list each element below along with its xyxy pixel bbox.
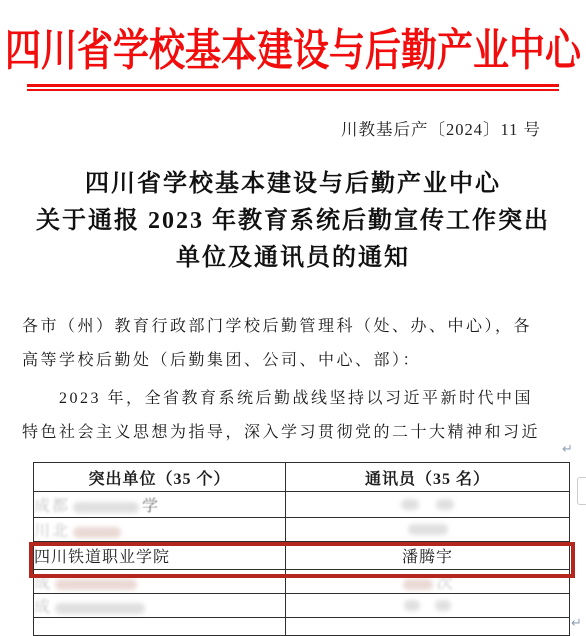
salutation-line-2: 高等学校后勤处（后勤集团、公司、中心、部）： [22,344,578,378]
unit-cell-redacted: 成 [34,570,286,594]
body-paragraph-line-1: 2023 年，全省教育系统后勤战线坚持以习近平新时代中国 [22,382,578,416]
salutation: 各市（州）教育行政部门学校后勤管理科（处、办、中心），各 高等学校后勤处（后勤集… [22,310,578,378]
paragraph-return-icon: ↵ [562,442,573,457]
table-row-redacted-4: 成 [34,594,570,618]
letterhead-divider-thin-line [27,89,559,91]
table-row-redacted-2: 川北 [34,518,570,542]
redacted-text-fragment: 成 [34,570,52,593]
redacted-text-fragment: 次 [436,570,454,593]
unit-cell-redacted: 成都学 [34,492,286,518]
award-table: 突出单位（35 个） 通讯员（35 名） 成都学 川北 [33,462,570,636]
name-cell-redacted: 次 [286,570,570,594]
column-header-communicator: 通讯员（35 名） [286,463,570,492]
document-page: 四川省学校基本建设与后勤产业中心 川教基后产〔2024〕11 号 四川省学校基本… [0,0,586,636]
redaction-smudge [435,600,451,611]
salutation-line-1: 各市（州）教育行政部门学校后勤管理科（处、办、中心），各 [22,310,578,344]
table-header-row: 突出单位（35 个） 通讯员（35 名） [34,463,570,492]
redaction-smudge [73,502,139,513]
redaction-smudge [403,579,433,590]
unit-cell-redacted: 川北 [34,518,286,542]
table-row-redacted-1: 成都学 [34,492,570,518]
name-cell-highlighted: 潘腾宇 [286,542,570,570]
notice-title: 四川省学校基本建设与后勤产业中心 关于通报 2023 年教育系统后勤宣传工作突出… [0,166,586,277]
paragraph-return-icon: ↵ [571,616,582,631]
name-cell-cutoff [286,618,570,636]
redacted-text-fragment: 学 [142,493,160,516]
column-header-unit: 突出单位（35 个） [34,463,286,492]
name-cell-redacted [286,594,570,618]
redacted-text-fragment: 川北 [34,518,70,541]
unit-cell-highlighted: 四川铁道职业学院 [34,542,286,570]
redacted-text-fragment: 成 [34,594,52,617]
redaction-smudge [73,527,121,538]
redaction-smudge [401,499,419,510]
unit-cell-redacted: 成 [34,594,286,618]
redaction-smudge [436,499,454,510]
redacted-text-fragment: 成都 [34,493,70,516]
body-paragraph-line-2: 特色社会主义思想为指导，深入学习贯彻党的二十大精神和习近 [22,416,578,450]
notice-title-line-2: 关于通报 2023 年教育系统后勤宣传工作突出 [0,203,586,240]
redaction-smudge [55,579,137,590]
table-row-highlighted: 四川铁道职业学院 潘腾宇 [34,542,570,570]
name-cell-redacted [286,492,570,518]
award-table-wrapper: 突出单位（35 个） 通讯员（35 名） 成都学 川北 [33,462,571,636]
name-cell-redacted [286,518,570,542]
redaction-smudge [404,600,420,611]
redaction-smudge [408,524,448,535]
notice-title-line-3: 单位及通讯员的通知 [0,240,586,277]
letterhead-title: 四川省学校基本建设与后勤产业中心 [0,16,586,78]
table-row-cutoff [34,618,570,636]
redaction-smudge [55,603,145,614]
unit-cell-cutoff [34,618,286,636]
comment-anchor-stub [577,477,586,505]
letterhead-divider [27,84,559,91]
table-row-redacted-3: 成 次 [34,570,570,594]
notice-title-line-1: 四川省学校基本建设与后勤产业中心 [0,166,586,203]
document-number: 川教基后产〔2024〕11 号 [0,116,541,140]
body-paragraph: 2023 年，全省教育系统后勤战线坚持以习近平新时代中国 特色社会主义思想为指导… [22,382,578,450]
